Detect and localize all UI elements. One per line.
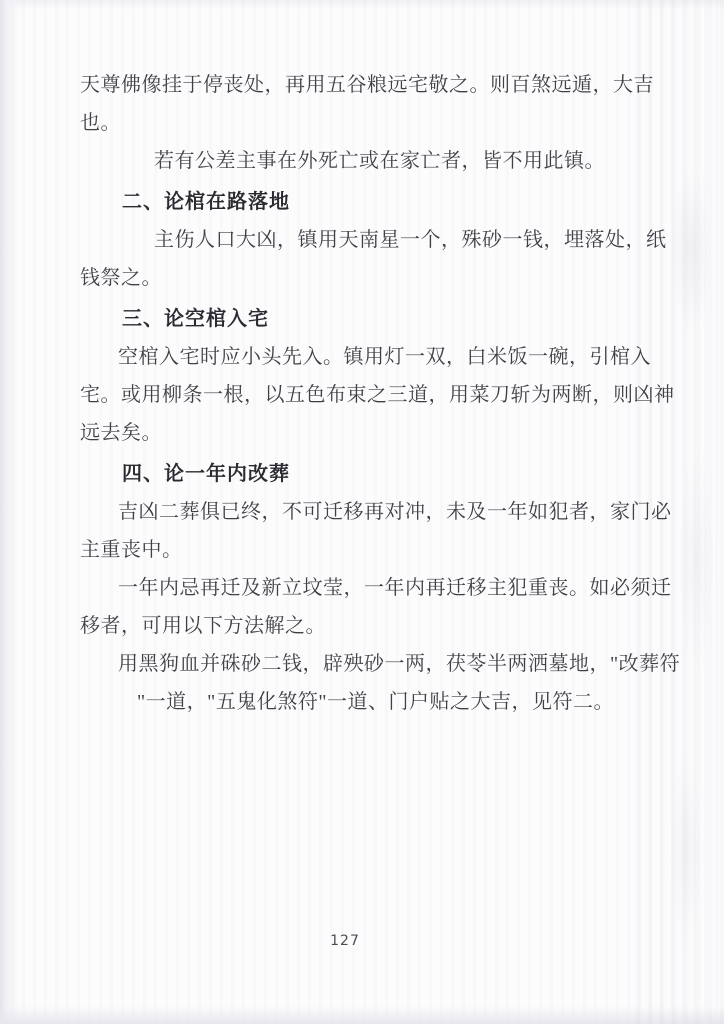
text-line: 也。	[80, 104, 664, 142]
section-heading: 三、论空棺入宅	[122, 300, 664, 338]
section-heading: 四、论一年内改葬	[122, 455, 664, 493]
text-line: 天尊佛像挂于停丧处，再用五谷粮远宅敬之。则百煞远遁，大吉	[80, 66, 664, 104]
scan-edge-bottom	[0, 1006, 724, 1024]
text-line: 钱祭之。	[80, 259, 664, 297]
section-heading: 二、论棺在路落地	[122, 183, 664, 221]
text-line: 宅。或用柳条一根，以五色布束之三道，用菜刀斩为两断，则凶神	[80, 376, 664, 414]
text-line: 用黑狗血并硃砂二钱，辟殃砂一两，茯苓半两洒墓地，"改葬符	[118, 645, 664, 683]
text-line: 主伤人口大凶，镇用天南星一个，殊砂一钱，埋落处，纸	[154, 221, 664, 259]
scan-edge-left	[0, 0, 20, 1024]
page-number: 127	[0, 933, 690, 949]
scan-edge-top	[0, 0, 724, 10]
text-line: 主重丧中。	[80, 531, 664, 569]
text-line: "一道，"五鬼化煞符"一道、门户贴之大吉，见符二。	[137, 683, 664, 721]
text-line: 若有公差主事在外死亡或在家亡者，皆不用此镇。	[154, 142, 664, 180]
document-page: 天尊佛像挂于停丧处，再用五谷粮远宅敬之。则百煞远遁，大吉也。若有公差主事在外死亡…	[0, 0, 724, 1024]
text-line: 移者，可用以下方法解之。	[80, 607, 664, 645]
page-body: 天尊佛像挂于停丧处，再用五谷粮远宅敬之。则百煞远遁，大吉也。若有公差主事在外死亡…	[80, 66, 664, 721]
text-line: 一年内忌再迁及新立坟莹，一年内再迁移主犯重丧。如必须迁	[118, 569, 664, 607]
text-line: 远去矣。	[80, 414, 664, 452]
text-line: 空棺入宅时应小头先入。镇用灯一双，白米饭一碗，引棺入	[118, 338, 664, 376]
text-line: 吉凶二葬俱已终，不可迁移再对冲，未及一年如犯者，家门必	[118, 493, 664, 531]
